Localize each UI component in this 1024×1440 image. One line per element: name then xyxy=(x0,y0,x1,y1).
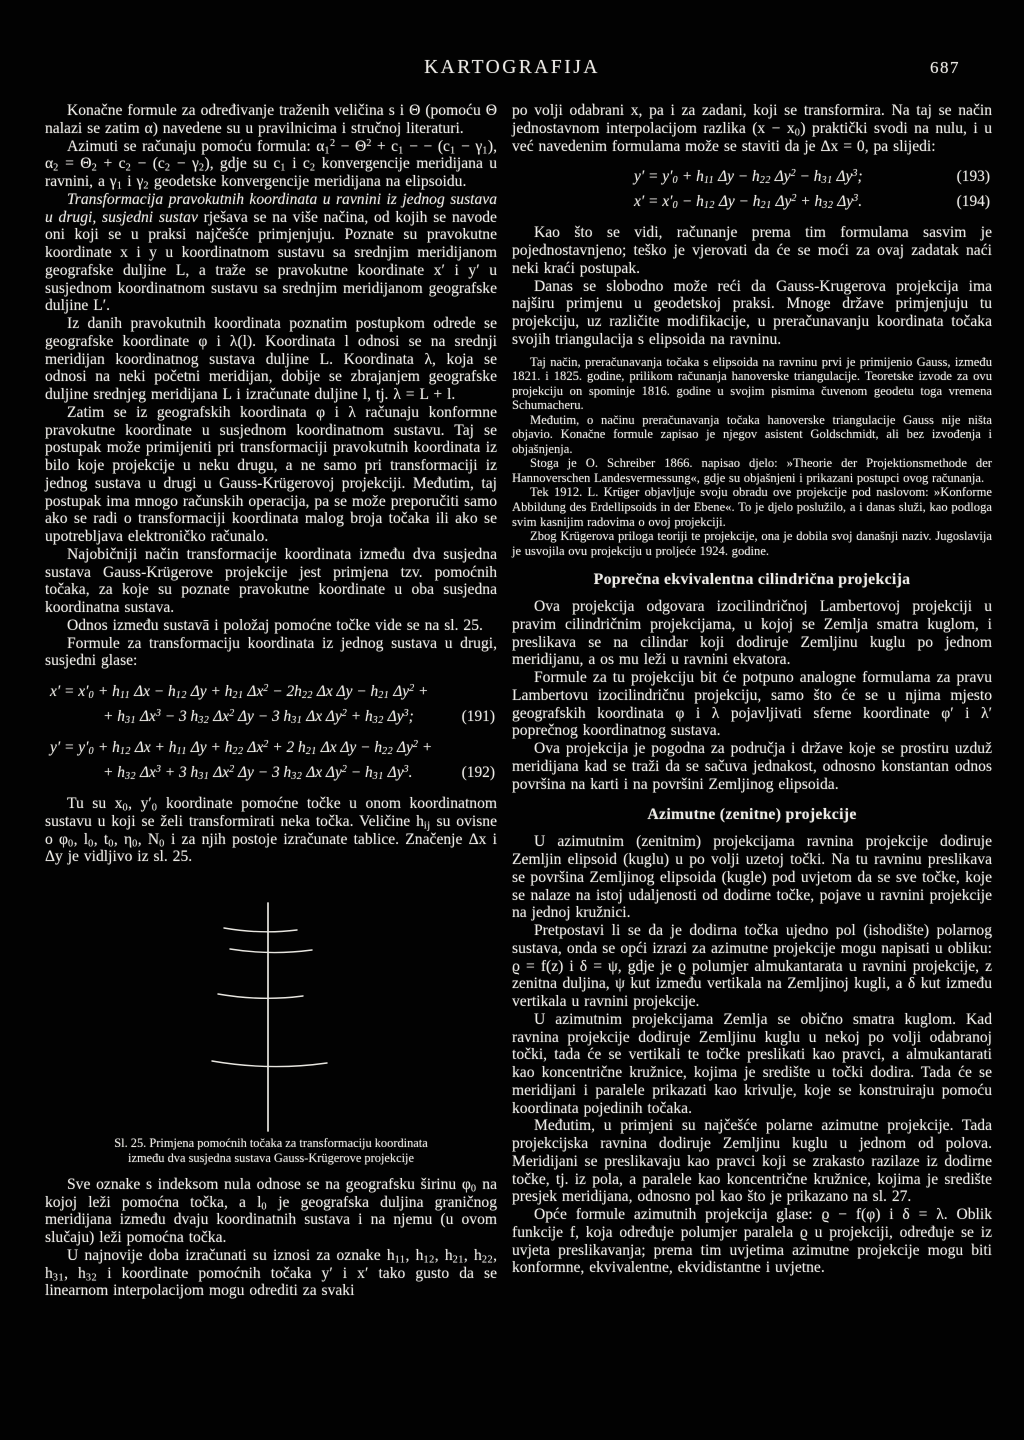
equation-193-body: y′ = y′0 + h11 Δy − h22 Δy2 − h31 Δy3; xyxy=(634,168,863,185)
historical-notes-small-print: Taj način, preračunavanja točaka s elips… xyxy=(512,355,992,559)
left-column: Konačne formule za određivanje traženih … xyxy=(45,102,497,1300)
paragraph-final-formulas: Konačne formule za određivanje traženih … xyxy=(45,102,497,138)
note-schreiber: Stoga je O. Schreiber 1866. napisao djel… xyxy=(512,456,992,485)
equation-193-line: y′ = y′0 + h11 Δy − h22 Δy2 − h31 Δy3; (… xyxy=(512,164,992,189)
paragraph-lambert-equivalent: Ova projekcija odgovara izocilindričnoj … xyxy=(512,598,992,669)
parallel-arc-4 xyxy=(212,1061,327,1067)
paragraph-zero-index-marks: Sve oznake s indeksom nula odnose se na … xyxy=(45,1176,497,1247)
page-number: 687 xyxy=(930,58,960,78)
paragraph-transformation-intro: Transformacija pravokutnih koordinata u … xyxy=(45,191,497,315)
equation-192-body: + h32 Δx3 + 3 h31 Δx2 Δy − 3 h32 Δx Δy2 … xyxy=(103,764,412,781)
figure-sl25 xyxy=(45,882,497,1134)
paragraph-geographic-coords: Iz danih pravokutnih koordinata poznatim… xyxy=(45,315,497,404)
parallel-arc-1 xyxy=(224,928,297,932)
equation-191-body: + h31 Δx3 − 3 h32 Δx2 Δy − 3 h31 Δx Δy2 … xyxy=(103,708,414,725)
parallel-arc-3 xyxy=(218,994,303,998)
note-goldschmidt: Međutim, o načinu preračunavanja točaka … xyxy=(512,413,992,457)
equation-191-line1: x′ = x′0 + h11 Δx − h12 Δy + h21 Δx2 − 2… xyxy=(45,679,497,704)
paragraph-interpolation-continued: po volji odabrani x, pa i za zadani, koj… xyxy=(512,102,992,155)
equation-number-194: (194) xyxy=(957,189,990,214)
paragraph-relation-systems: Odnos između sustavā i položaj pomoćne t… xyxy=(45,617,497,635)
scanned-book-page: KARTOGRAFIJA 687 Konačne formule za odre… xyxy=(0,0,1024,1440)
paragraph-analogous-formulas: Formule za tu projekciju bit će potpuno … xyxy=(512,669,992,740)
equation-193-194: y′ = y′0 + h11 Δy − h22 Δy2 − h31 Δy3; (… xyxy=(512,164,992,214)
paragraph-auxiliary-point-coords: Tu su x0, y′0 koordinate pomoćne točke u… xyxy=(45,795,497,866)
paragraph-simplified-computation: Kao što se vidi, računanje prema tim for… xyxy=(512,224,992,277)
paragraph-latest-tables: U najnovije doba izračunati su iznosi za… xyxy=(45,1247,497,1300)
equation-192-line2: + h32 Δx3 + 3 h31 Δx2 Δy − 3 h32 Δx Δy2 … xyxy=(45,760,497,785)
note-gauss-hanover: Taj način, preračunavanja točaka s elips… xyxy=(512,355,992,413)
paragraph-auxiliary-points: Najobičniji način transformacije koordin… xyxy=(45,546,497,617)
paragraph-gauss-krueger-usage: Danas se slobodno može reći da Gauss-Kru… xyxy=(512,278,992,349)
text-columns: Konačne formule za određivanje traženih … xyxy=(45,102,992,1300)
figure-sl25-drawing xyxy=(45,882,497,1134)
parallel-arc-2 xyxy=(230,949,312,953)
equation-192-line1: y′ = y′0 + h12 Δx + h11 Δy + h22 Δx2 + 2… xyxy=(45,735,497,760)
equation-number-191: (191) xyxy=(462,704,495,729)
equation-number-193: (193) xyxy=(957,164,990,189)
paragraph-azimuthal-intro: U azimutnim (zenitnim) projekcijama ravn… xyxy=(512,833,992,922)
running-head-title: KARTOGRAFIJA xyxy=(0,57,1024,79)
note-krueger-1912: Tek 1912. L. Krüger objavljuje svoju obr… xyxy=(512,485,992,529)
paragraph-suitable-areas: Ova projekcija je pogodna za područja i … xyxy=(512,740,992,793)
right-column: po volji odabrani x, pa i za zadani, koj… xyxy=(512,102,992,1300)
paragraph-azimuths: Azimuti se računaju pomoću formula: α12 … xyxy=(45,138,497,191)
heading-transverse-cylindrical: Poprečna ekvivalentna cilindrična projek… xyxy=(512,571,992,589)
paragraph-formulas-lead: Formule za transformaciju koordinata iz … xyxy=(45,635,497,671)
heading-azimuthal-projections: Azimutne (zenitne) projekcije xyxy=(512,806,992,824)
figure-sl25-caption: Sl. 25. Primjena pomoćnih točaka za tran… xyxy=(45,1136,497,1167)
paragraph-general-formulas: Opće formule azimutnih projekcija glase:… xyxy=(512,1206,992,1277)
equation-number-192: (192) xyxy=(462,760,495,785)
paragraph-polar-origin: Pretpostavi li se da je dodirna točka uj… xyxy=(512,922,992,1011)
paragraph-sphere-assumption: U azimutnim projekcijama Zemlja se običn… xyxy=(512,1011,992,1118)
equation-191: x′ = x′0 + h11 Δx − h12 Δy + h21 Δx2 − 2… xyxy=(45,679,497,785)
paragraph-conformal-coords: Zatim se iz geografskih koordinata φ i λ… xyxy=(45,404,497,546)
equation-194-body: x′ = x′0 − h12 Δy − h21 Δy2 + h32 Δy3. xyxy=(634,193,862,210)
running-head: KARTOGRAFIJA 687 xyxy=(0,57,1024,83)
equation-194-line: x′ = x′0 − h12 Δy − h21 Δy2 + h32 Δy3. (… xyxy=(512,189,992,214)
paragraph-polar-azimuthal: Međutim, u primjeni su najčešće polarne … xyxy=(512,1117,992,1206)
equation-191-line2: + h31 Δx3 − 3 h32 Δx2 Δy − 3 h31 Δx Δy2 … xyxy=(45,704,497,729)
note-yugoslavia-1924: Zbog Krügerova priloga teoriji te projek… xyxy=(512,529,992,558)
